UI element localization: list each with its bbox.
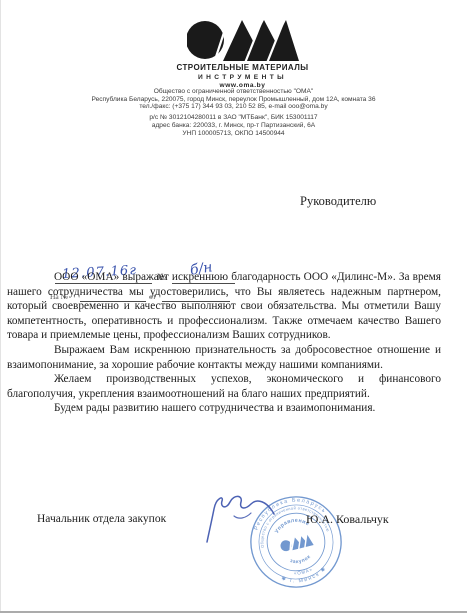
paragraph-closing: Будем рады развитию нашего сотрудничеств… — [7, 401, 441, 416]
svg-text:закупок: закупок — [288, 553, 313, 567]
letter-body: ООО «ОМА» выражает искреннюю благодарнос… — [7, 270, 441, 416]
company-address-line: Республика Беларусь, 220075, город Минск… — [0, 96, 467, 104]
scan-edge-left — [0, 0, 1, 613]
scanned-letter-page: СТРОИТЕЛЬНЫЕ МАТЕРИАЛЫ ИНСТРУМЕНТЫ www.o… — [0, 0, 467, 613]
oma-logo-icon — [187, 16, 299, 62]
paragraph-appreciation: Выражаем Вам искреннюю признательность з… — [7, 343, 441, 372]
company-name-line: Общество с ограниченной ответственностью… — [0, 88, 467, 96]
tagline-materials: СТРОИТЕЛЬНЫЕ МАТЕРИАЛЫ — [9, 63, 467, 72]
letterhead: СТРОИТЕЛЬНЫЕ МАТЕРИАЛЫ ИНСТРУМЕНТЫ www.o… — [9, 16, 467, 89]
addressee: Руководителю — [300, 194, 410, 209]
company-phone-line: тел./факс: (+375 17) 344 93 03, 210 52 8… — [0, 103, 467, 111]
reference-block: 12.07.16г № б/н На № от — [0, 130, 260, 180]
bank-account-line: р/с № 3012104280011 в ЗАО "МТБанк", БИК … — [0, 114, 467, 122]
stamp-ring-outer-bottom: ✱ г. Минск ✱ — [279, 565, 330, 590]
signatory-title: Начальник отдела закупок — [37, 513, 166, 525]
stamp-oma-logo-icon — [279, 532, 314, 554]
paragraph-wishes: Желаем производственных успехов, экономи… — [7, 372, 441, 401]
bank-address-line: адрес банка: 220033, г. Минск, пр-т Парт… — [0, 122, 467, 130]
stamp-center-bottom: закупок — [288, 553, 313, 567]
tagline-tools: ИНСТРУМЕНТЫ — [9, 74, 467, 81]
handwritten-signature — [204, 492, 280, 550]
paragraph-gratitude: ООО «ОМА» выражает искреннюю благодарнос… — [7, 270, 441, 343]
signatory-name: Ю.А. Ковальчук — [306, 512, 389, 527]
svg-text:✱ г. Минск ✱: ✱ г. Минск ✱ — [279, 565, 330, 590]
